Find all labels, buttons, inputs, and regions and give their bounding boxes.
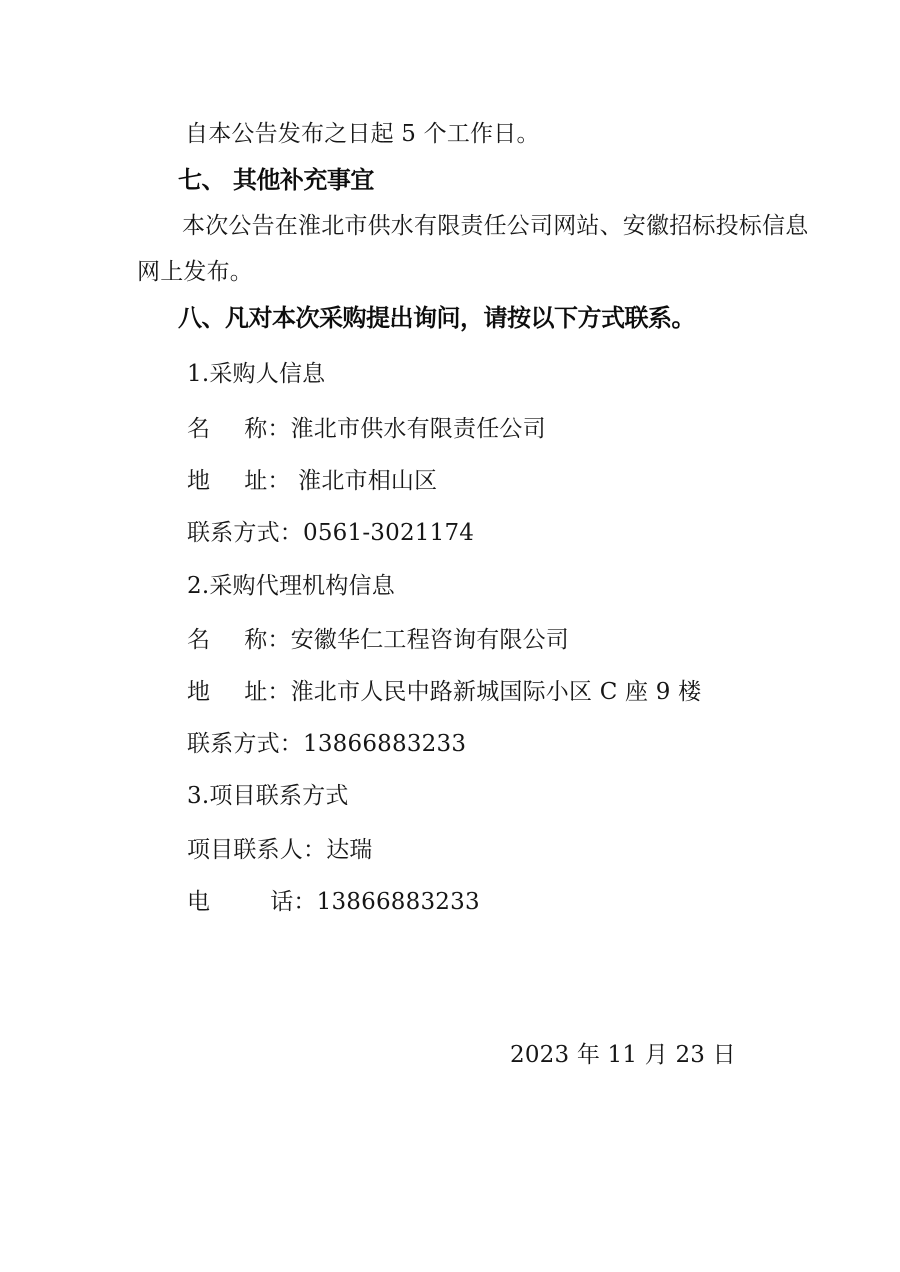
purchaser-name-value: 淮北市供水有限责任公司 (291, 416, 546, 442)
agency-address-label-end: 址： (244, 679, 290, 705)
project-person-label: 项目联系人： (187, 837, 326, 863)
agency-name-label-end: 称： (244, 627, 290, 653)
agency-address-label-start: 地 (187, 679, 210, 705)
agency-address-row: 地址：淮北市人民中路新城国际小区 C 座 9 楼 (187, 677, 701, 707)
notice-period-line: 自本公告发布之日起 5 个工作日。 (185, 119, 540, 149)
purchaser-name-label-end: 称： (244, 416, 290, 442)
project-phone-row: 电话：13866883233 (187, 887, 480, 917)
agency-name-label-start: 名 (187, 627, 210, 653)
purchaser-title: 1.采购人信息 (187, 359, 325, 389)
agency-title: 2.采购代理机构信息 (187, 571, 395, 601)
project-phone-label-end: 话： (270, 889, 316, 915)
purchaser-name-row: 名称：淮北市供水有限责任公司 (187, 414, 546, 444)
date-line: 2023 年 11 月 23 日 (510, 1040, 736, 1070)
project-phone-label-start: 电 (187, 889, 210, 915)
agency-contact-value: 13866883233 (303, 731, 466, 757)
section7-body-line1: 本次公告在淮北市供水有限责任公司网站、安徽招标投标信息 (182, 211, 808, 241)
purchaser-address-row: 地址： 淮北市相山区 (187, 466, 437, 496)
project-person-value: 达瑞 (326, 837, 372, 863)
purchaser-contact-value: 0561-3021174 (303, 520, 474, 546)
purchaser-address-label-start: 地 (187, 468, 210, 494)
section8-heading: 八、凡对本次采购提出询问，请按以下方式联系。 (178, 303, 695, 333)
agency-name-value: 安徽华仁工程咨询有限公司 (291, 627, 569, 653)
purchaser-address-label-end: 址： (244, 468, 290, 494)
document-page: 自本公告发布之日起 5 个工作日。 七、 其他补充事宜 本次公告在淮北市供水有限… (0, 0, 900, 1272)
agency-name-row: 名称：安徽华仁工程咨询有限公司 (187, 625, 569, 655)
purchaser-contact-row: 联系方式：0561-3021174 (187, 518, 474, 548)
purchaser-name-label-start: 名 (187, 416, 210, 442)
purchaser-address-value: 淮北市相山区 (291, 468, 438, 494)
section7-heading: 七、 其他补充事宜 (178, 165, 374, 195)
project-title: 3.项目联系方式 (187, 781, 349, 811)
project-phone-value: 13866883233 (317, 889, 480, 915)
agency-address-value: 淮北市人民中路新城国际小区 C 座 9 楼 (291, 679, 702, 705)
project-person-row: 项目联系人：达瑞 (187, 835, 373, 865)
section7-body-line2: 网上发布。 (137, 257, 253, 287)
agency-contact-row: 联系方式：13866883233 (187, 729, 466, 759)
agency-contact-label: 联系方式： (187, 731, 303, 757)
purchaser-contact-label: 联系方式： (187, 520, 303, 546)
